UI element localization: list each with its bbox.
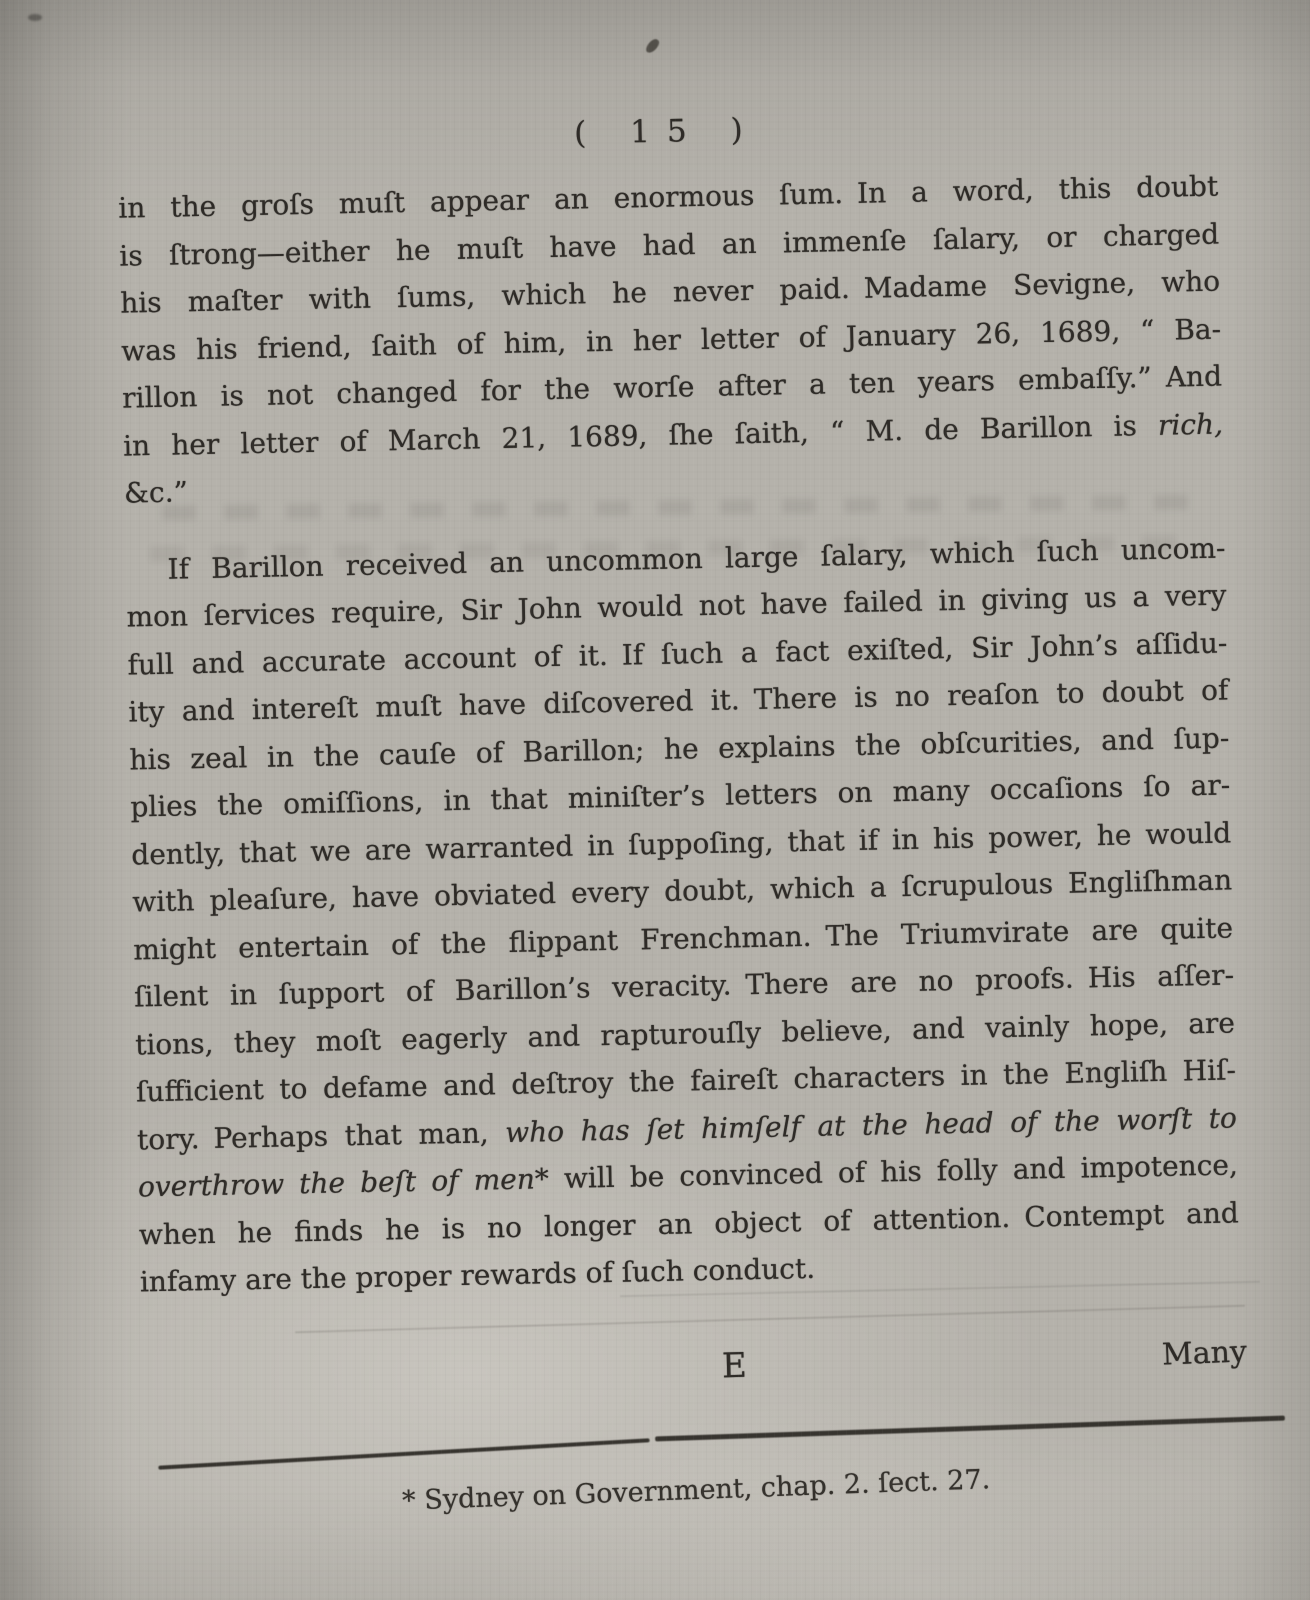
body-text: in the groſs muſt appear an enormous ſum…	[118, 163, 1240, 1306]
ink-speck	[28, 14, 42, 21]
catchword: Many	[1161, 1334, 1247, 1372]
italic-text-segment: rich,	[1158, 407, 1224, 441]
ink-speck	[644, 37, 661, 55]
text-segment: will be convinced of his folly and impot…	[548, 1148, 1238, 1195]
italic-text-segment: who has ſet himſelf at the head of the w…	[505, 1101, 1237, 1149]
paragraph: in the groſs muſt appear an enormous ſum…	[118, 163, 1224, 518]
footnote-rule-left	[158, 1438, 649, 1469]
signature-mark: E	[721, 1346, 747, 1387]
text-segment: tory. Perhaps that man,	[137, 1116, 506, 1156]
paragraph: If Barillon received an uncommon large ſ…	[125, 524, 1240, 1306]
faint-scratch-line	[295, 1305, 1245, 1334]
scanned-page-background: ( 15 ) in the groſs muſt appear an enorm…	[0, 0, 1310, 1600]
italic-text-segment: overthrow the beſt of men*	[138, 1162, 549, 1203]
footnote-text: * Sydney on Government, chap. 2. ſect. 2…	[402, 1462, 1043, 1516]
text-segment: &c.”	[124, 475, 188, 509]
text-segment: infamy are the proper rewards of ſuch co…	[140, 1252, 816, 1299]
page-content: ( 15 ) in the groſs muſt appear an enorm…	[117, 99, 1241, 1306]
footnote-rule-right	[655, 1416, 1285, 1441]
